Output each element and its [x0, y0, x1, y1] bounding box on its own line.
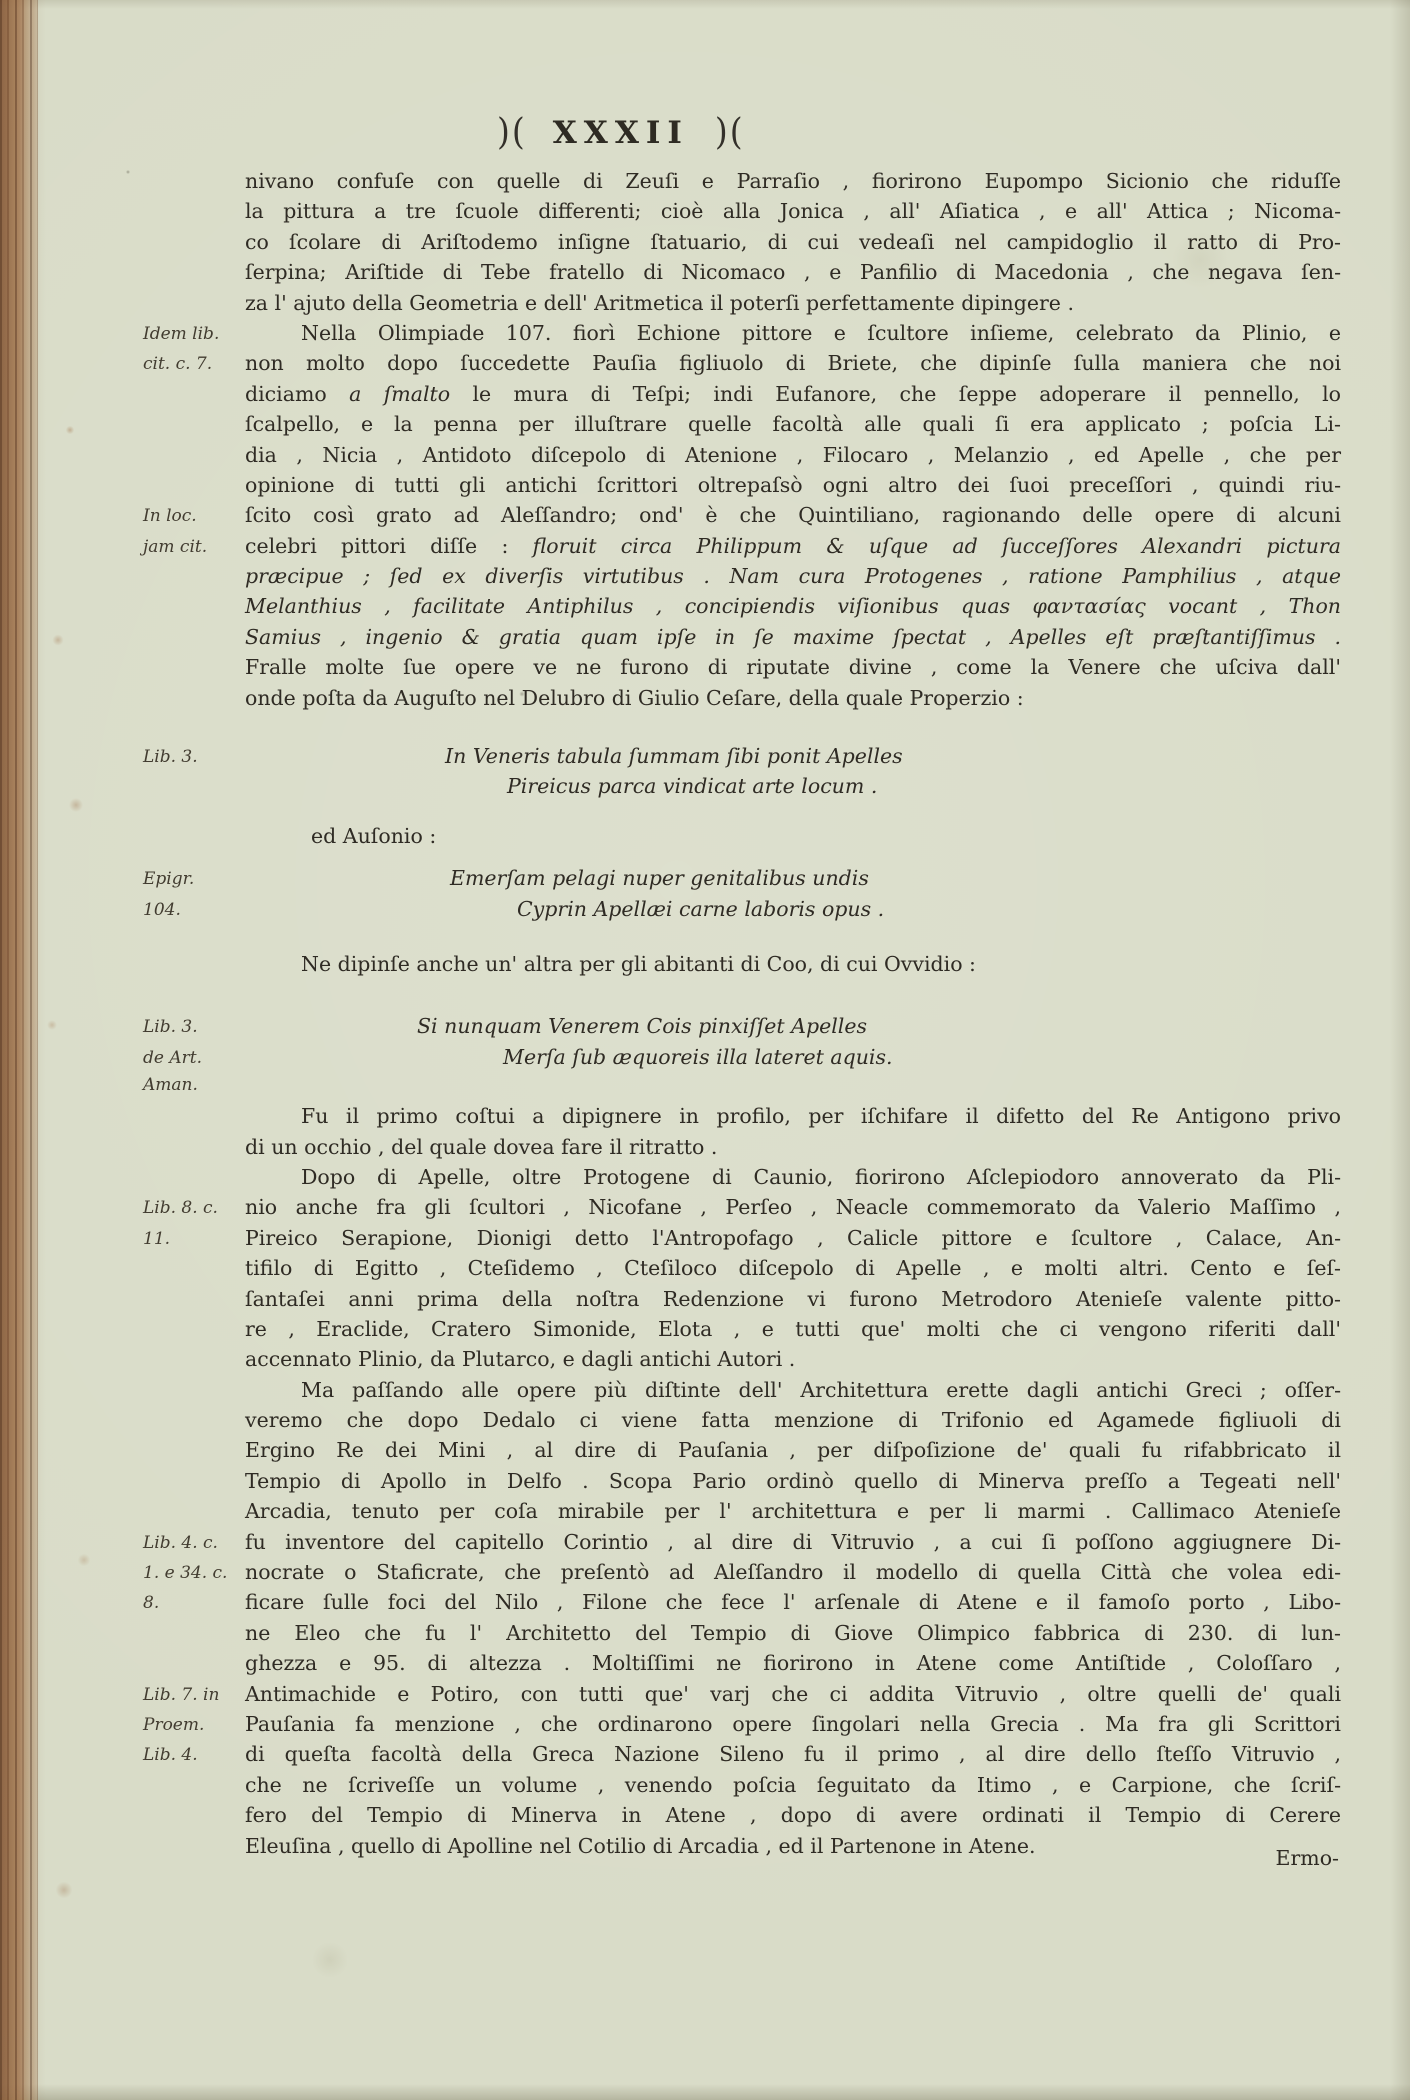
- roman-text: Arcadia, tenuto per coſa mirabile per l'…: [245, 1499, 1341, 1523]
- margin-note: cit. c. 7.: [143, 351, 239, 378]
- margin-note: Lib. 3.: [143, 744, 239, 771]
- roman-text: ſcito così grato ad Aleſſandro; ond' è c…: [245, 503, 1341, 527]
- roman-text: Pireico Serapione, Dionigi detto l'Antro…: [245, 1226, 1341, 1250]
- verse-line: Pireicus parca vindicat arte locum .: [245, 771, 1341, 801]
- roman-text: Dopo di Apelle, oltre Protogene di Cauni…: [301, 1165, 1341, 1189]
- italic-text: Pireicus parca vindicat arte locum .: [507, 774, 877, 798]
- italic-text: præcipue ; ſed ex diverſis virtutibus . …: [245, 564, 1341, 588]
- text-line: la pittura a tre ſcuole differenti; cioè…: [245, 196, 1341, 226]
- margin-note: 8.: [143, 1590, 239, 1617]
- body-lines: nivano confuſe con quelle di Zeuſi e Par…: [245, 166, 1341, 1861]
- margin-note: Idem lib.: [143, 321, 239, 348]
- roman-text: Antimachide e Potiro, con tutti que' var…: [245, 1682, 1341, 1706]
- verse-line: Emerſam pelagi nuper genitalibus undisEp…: [245, 863, 1341, 893]
- text-line: ſerpina; Ariſtide di Tebe fratello di Ni…: [245, 257, 1341, 287]
- text-line: Ergino Re dei Mini , al dire di Pauſania…: [245, 1435, 1341, 1465]
- margin-note: Proem.: [143, 1712, 239, 1739]
- italic-text: Si nunquam Venerem Cois pinxiſſet Apelle…: [417, 1014, 867, 1038]
- roman-text: le mura di Teſpi; indi Eufanore, che ſep…: [450, 382, 1341, 406]
- text-line: Dopo di Apelle, oltre Protogene di Cauni…: [245, 1162, 1341, 1192]
- text-line: di un occhio , del quale dovea fare il r…: [245, 1132, 1341, 1162]
- roman-text: nocrate o Staficrate, che preſentò ad Al…: [245, 1560, 1341, 1584]
- verse-line: In Veneris tabula ſummam ſibi ponit Apel…: [245, 741, 1341, 771]
- margin-note: Lib. 8. c.: [143, 1195, 239, 1222]
- verse-line: præcipue ; ſed ex diverſis virtutibus . …: [245, 561, 1341, 591]
- roman-text: ſcalpello, e la penna per illuſtrare que…: [245, 412, 1341, 436]
- roman-text: co ſcolare di Ariſtodemo inſigne ſtatuar…: [245, 230, 1341, 254]
- text-line: nocrate o Staficrate, che preſentò ad Al…: [245, 1557, 1341, 1587]
- text-line: celebri pittori diſſe : floruit circa Ph…: [245, 531, 1341, 561]
- binding-edge: [0, 0, 38, 2100]
- text-line: za l' ajuto della Geometria e dell' Arit…: [245, 288, 1341, 318]
- text-line: accennato Plinio, da Plutarco, e dagli a…: [245, 1344, 1341, 1374]
- text-line: diciamo a ſmalto le mura di Teſpi; indi …: [245, 379, 1341, 409]
- italic-text: a ſmalto: [349, 382, 450, 406]
- text-line: ficare ſulle foci del Nilo , Filone che …: [245, 1587, 1341, 1617]
- roman-text: fu inventore del capitello Corintio , al…: [245, 1530, 1341, 1554]
- roman-text: dia , Nicia , Antidoto diſcepolo di Aten…: [245, 443, 1341, 467]
- page-number: XXXII: [553, 115, 689, 151]
- text-line: tifilo di Egitto , Cteſidemo , Cteſiloco…: [245, 1253, 1341, 1283]
- text-line: ſcalpello, e la penna per illuſtrare que…: [245, 409, 1341, 439]
- roman-text: diciamo: [245, 382, 349, 406]
- text-line: Arcadia, tenuto per coſa mirabile per l'…: [245, 1496, 1341, 1526]
- roman-text: ne Eleo che fu l' Architetto del Tempio …: [245, 1621, 1341, 1645]
- text-line: ne Eleo che fu l' Architetto del Tempio …: [245, 1618, 1341, 1648]
- roman-text: ſerpina; Ariſtide di Tebe fratello di Ni…: [245, 260, 1341, 284]
- text-line: ſantaſei anni prima della noſtra Redenzi…: [245, 1284, 1341, 1314]
- text-line: Ma paſſando alle opere più diſtinte dell…: [245, 1375, 1341, 1405]
- text-line: ghezza e 95. di altezza . Moltiſſimi ne …: [245, 1648, 1341, 1678]
- margin-note: In loc.: [143, 503, 239, 530]
- margin-note: jam cit.: [143, 534, 239, 561]
- roman-text: Ergino Re dei Mini , al dire di Pauſania…: [245, 1438, 1341, 1462]
- margin-note: Lib. 4. c.: [143, 1530, 239, 1557]
- text-line: onde poſta da Auguſto nel Delubro di Giu…: [245, 683, 1341, 713]
- text-line: non molto dopo ſuccedette Pauſia figliuo…: [245, 348, 1341, 378]
- roman-text: Nella Olimpiade 107. fiorì Echione pitto…: [301, 321, 1341, 345]
- text-line: nivano confuſe con quelle di Zeuſi e Par…: [245, 166, 1341, 196]
- roman-text: accennato Plinio, da Plutarco, e dagli a…: [245, 1347, 795, 1371]
- text-line: dia , Nicia , Antidoto diſcepolo di Aten…: [245, 440, 1341, 470]
- text-line: Pauſania fa menzione , che ordinarono op…: [245, 1709, 1341, 1739]
- text-line: re , Eraclide, Cratero Simonide, Elota ,…: [245, 1314, 1341, 1344]
- italic-text: floruit circa Philippum & uſque ad ſucce…: [533, 534, 1341, 558]
- roman-text: ſantaſei anni prima della noſtra Redenzi…: [245, 1287, 1341, 1311]
- text-line: Eleuſina , quello di Apolline nel Cotili…: [245, 1831, 1341, 1861]
- text-column: nivano confuſe con quelle di Zeuſi e Par…: [245, 166, 1341, 1873]
- roman-text: Fralle molte ſue opere ve ne furono di r…: [245, 655, 1341, 679]
- roman-text: Ne dipinſe anche un' altra per gli abita…: [301, 952, 976, 976]
- roman-text: veremo che dopo Dedalo ci viene fatta me…: [245, 1408, 1341, 1432]
- margin-note: Lib. 4.: [143, 1742, 239, 1769]
- italic-text: Emerſam pelagi nuper genitalibus undis: [450, 866, 869, 890]
- text-line: nio anche fra gli ſcultori , Nicofane , …: [245, 1192, 1341, 1222]
- roman-text: di un occhio , del quale dovea fare il r…: [245, 1135, 717, 1159]
- margin-note: Lib. 3.: [143, 1014, 239, 1041]
- text-line: fu inventore del capitello Corintio , al…: [245, 1527, 1341, 1557]
- roman-text: ficare ſulle foci del Nilo , Filone che …: [245, 1590, 1341, 1614]
- text-line: Antimachide e Potiro, con tutti que' var…: [245, 1679, 1341, 1709]
- text-line: Nella Olimpiade 107. fiorì Echione pitto…: [245, 318, 1341, 348]
- roman-text: fero del Tempio di Minerva in Atene , do…: [245, 1803, 1341, 1827]
- text-line: che ne ſcriveſſe un volume , venendo poſ…: [245, 1770, 1341, 1800]
- margin-note: 104.: [143, 897, 239, 924]
- page-number-header: )(XXXII)(: [497, 112, 917, 151]
- verse-line: ed Auſonio :: [245, 821, 1341, 851]
- roman-text: Tempio di Apollo in Delfo . Scopa Pario …: [245, 1469, 1341, 1493]
- roman-text: za l' ajuto della Geometria e dell' Arit…: [245, 291, 1074, 315]
- margin-note: 1. e 34. c.: [143, 1560, 239, 1587]
- italic-text: Melanthius , facilitate Antiphilus , con…: [245, 594, 1341, 618]
- text-line: opinione di tutti gli antichi ſcrittori …: [245, 470, 1341, 500]
- roman-text: tifilo di Egitto , Cteſidemo , Cteſiloco…: [245, 1256, 1341, 1280]
- text-line: ſcito così grato ad Aleſſandro; ond' è c…: [245, 500, 1341, 530]
- italic-text: Samius , ingenio & gratia quam ipſe in ſ…: [245, 625, 1341, 649]
- text-line: Fu il primo coſtui a dipignere in profil…: [245, 1101, 1341, 1131]
- italic-text: Cyprin Apellæi carne laboris opus .: [517, 897, 884, 921]
- roman-text: onde poſta da Auguſto nel Delubro di Giu…: [245, 686, 1024, 710]
- roman-text: re , Eraclide, Cratero Simonide, Elota ,…: [245, 1317, 1341, 1341]
- roman-text: la pittura a tre ſcuole differenti; cioè…: [245, 199, 1341, 223]
- roman-text: Eleuſina , quello di Apolline nel Cotili…: [245, 1834, 1036, 1858]
- text-line: Ne dipinſe anche un' altra per gli abita…: [245, 949, 1341, 979]
- margin-note: Lib. 7. in: [143, 1682, 239, 1709]
- roman-text: Pauſania fa menzione , che ordinarono op…: [245, 1712, 1341, 1736]
- roman-text: Ma paſſando alle opere più diſtinte dell…: [301, 1378, 1341, 1402]
- scanned-book-page: { "page": { "header_ornament": ")(", "nu…: [0, 0, 1410, 2100]
- roman-text: celebri pittori diſſe :: [245, 534, 533, 558]
- text-line: Pireico Serapione, Dionigi detto l'Antro…: [245, 1223, 1341, 1253]
- text-line: Tempio di Apollo in Delfo . Scopa Pario …: [245, 1466, 1341, 1496]
- roman-text: opinione di tutti gli antichi ſcrittori …: [245, 473, 1341, 497]
- margin-note: de Art.Aman.: [143, 1045, 239, 1099]
- text-line: fero del Tempio di Minerva in Atene , do…: [245, 1800, 1341, 1830]
- header-ornament-right-icon: )(: [715, 110, 745, 153]
- verse-line: Melanthius , facilitate Antiphilus , con…: [245, 591, 1341, 621]
- roman-text: nivano confuſe con quelle di Zeuſi e Par…: [245, 169, 1341, 193]
- text-line: co ſcolare di Ariſtodemo inſigne ſtatuar…: [245, 227, 1341, 257]
- verse-line: Si nunquam Venerem Cois pinxiſſet Apelle…: [245, 1011, 1341, 1041]
- verse-line: Samius , ingenio & gratia quam ipſe in ſ…: [245, 622, 1341, 652]
- verse-line: Cyprin Apellæi carne laboris opus .104.: [245, 894, 1341, 924]
- roman-text: nio anche fra gli ſcultori , Nicofane , …: [245, 1195, 1341, 1219]
- text-line: veremo che dopo Dedalo ci viene fatta me…: [245, 1405, 1341, 1435]
- roman-text: che ne ſcriveſſe un volume , venendo poſ…: [245, 1773, 1341, 1797]
- header-ornament-left-icon: )(: [497, 110, 527, 153]
- roman-text: ed Auſonio :: [311, 824, 436, 848]
- roman-text: ghezza e 95. di altezza . Moltiſſimi ne …: [245, 1651, 1341, 1675]
- roman-text: di queſta facoltà della Greca Nazione Si…: [245, 1742, 1341, 1766]
- verse-line: Merſa ſub æquoreis illa lateret aquis.de…: [245, 1042, 1341, 1072]
- margin-note: Epigr.: [143, 866, 239, 893]
- roman-text: non molto dopo ſuccedette Pauſia figliuo…: [245, 351, 1341, 375]
- roman-text: Fu il primo coſtui a dipignere in profil…: [301, 1104, 1341, 1128]
- text-line: di queſta facoltà della Greca Nazione Si…: [245, 1739, 1341, 1769]
- text-line: Fralle molte ſue opere ve ne furono di r…: [245, 652, 1341, 682]
- margin-note: 11.: [143, 1226, 239, 1253]
- italic-text: In Veneris tabula ſummam ſibi ponit Apel…: [445, 744, 903, 768]
- italic-text: Merſa ſub æquoreis illa lateret aquis.: [503, 1045, 893, 1069]
